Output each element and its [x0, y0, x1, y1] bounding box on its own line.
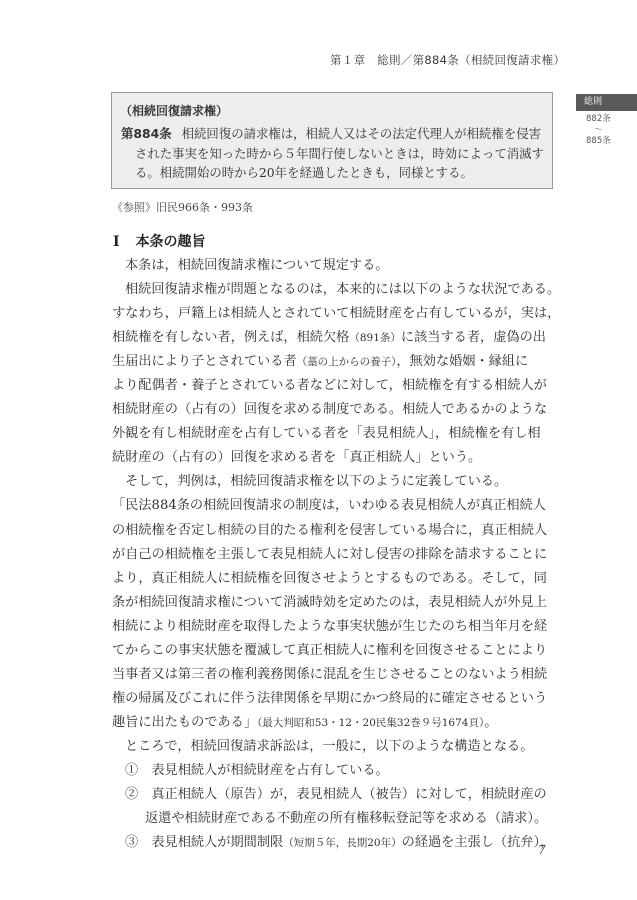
article-caption: （相続回復請求権）	[120, 102, 228, 119]
body-line: が自己の相続権を主張して表見相続人に対し侵害の排除を請求することに	[112, 543, 578, 567]
body-line: すなわち，戸籍上は相続人とされていて相続財産を占有しているが，実は，	[112, 302, 578, 326]
article-line: された事実を知った時から５年間行使しないときは，時効によって消滅す	[121, 144, 542, 164]
section-number: Ⅰ	[113, 234, 120, 250]
body-line: ところで，相続回復請求訴訟は，一般に，以下のような構造となる。	[112, 735, 578, 759]
body-line: 返還や相続財産である不動産の所有権移転登記等を求める（請求）。	[112, 807, 578, 831]
body-line: 続財産の（占有の）回復を求める者を「真正相続人」という。	[112, 446, 578, 470]
body-line: ② 真正相続人（原告）が，表見相続人（被告）に対して，相続財産の	[112, 783, 578, 807]
body-text: 本条は，相続回復請求権について規定する。相続回復請求権が問題となるのは，本来的に…	[112, 254, 578, 855]
body-line: ③ 表見相続人が期間制限（短期５年，長期20年）の経過を主張し（抗弁），	[112, 831, 578, 855]
body-line: ① 表見相続人が相続財産を占有している。	[112, 759, 578, 783]
thumb-tab-article-range: 882条 〜 885条	[576, 114, 637, 147]
body-line: 権の帰属及びこれに伴う法律関係を早期にかつ終局的に確定させるという	[112, 687, 578, 711]
article-number: 第884条	[121, 126, 172, 141]
body-line: 相続財産の（占有の）回復を求める制度である。相続人であるかのような	[112, 398, 578, 422]
body-line: そして，判例は，相続回復請求権を以下のように定義している。	[112, 470, 578, 494]
statute-article-box: （相続回復請求権） 第884条相続回復の請求権は，相続人又はその法定代理人が相続…	[111, 92, 553, 189]
body-line: 「民法884条の相続回復請求の制度は，いわゆる表見相続人が真正相続人	[112, 494, 578, 518]
body-line: 相続回復請求権が問題となるのは，本来的には以下のような状況である。	[112, 278, 578, 302]
body-line: より，真正相続人に相続権を回復させようとするものである。そして，同	[112, 567, 578, 591]
citation: （891条）	[349, 332, 401, 344]
body-line: 当事者又は第三者の権利義務関係に混乱を生じさせることのないよう相続	[112, 663, 578, 687]
range-end: 885条	[586, 136, 637, 147]
body-line: 生届出により子とされている者（藁の上からの養子），無効な婚姻・縁組に	[112, 350, 578, 374]
page-number: 7	[538, 843, 546, 857]
citation: （藁の上からの養子）	[297, 356, 397, 368]
body-line: より配偶者・養子とされている者などに対して，相続権を有する相続人が	[112, 374, 578, 398]
citation: （最大判昭和53・12・20民集32巻９号1674頁）	[257, 717, 484, 729]
range-tilde: 〜	[586, 125, 637, 136]
section-heading: Ⅰ本条の趣旨	[113, 231, 206, 251]
body-line: 本条は，相続回復請求権について規定する。	[112, 254, 578, 278]
article-line: る。相続開始の時から20年を経過したときも，同様とする。	[121, 163, 542, 183]
body-line: 条が相続回復請求権について消滅時効を定めたのは，表見相続人が外見上	[112, 591, 578, 615]
running-head: 第１章 総則／第884条（相続回復請求権）	[330, 52, 565, 68]
range-start: 882条	[586, 114, 637, 125]
citation: （短期５年，長期20年）	[283, 837, 401, 849]
chapter-thumb-tab: 総則 882条 〜 885条	[576, 94, 637, 147]
body-line: 相続権を有しない者，例えば，相続欠格（891条）に該当する者，虚偽の出	[112, 326, 578, 350]
reference-note: 《参照》旧民966条・993条	[112, 199, 253, 215]
body-line: てからこの事実状態を覆滅して真正相続人に権利を回復させることにより	[112, 639, 578, 663]
body-line: の相続権を否定し相続の目的たる権利を侵害している場合に，真正相続人	[112, 519, 578, 543]
body-line: 外観を有し相続財産を占有している者を「表見相続人」，相続権を有し相	[112, 422, 578, 446]
body-line: 相続により相続財産を取得したような事実状態が生じたのち相当年月を経	[112, 615, 578, 639]
body-line: 趣旨に出たものである」（最大判昭和53・12・20民集32巻９号1674頁）。	[112, 711, 578, 735]
article-text: 第884条相続回復の請求権は，相続人又はその法定代理人が相続権を侵害 された事実…	[121, 124, 542, 183]
article-line: 第884条相続回復の請求権は，相続人又はその法定代理人が相続権を侵害	[121, 124, 542, 144]
section-title: 本条の趣旨	[136, 234, 206, 250]
thumb-tab-label: 総則	[576, 94, 637, 111]
